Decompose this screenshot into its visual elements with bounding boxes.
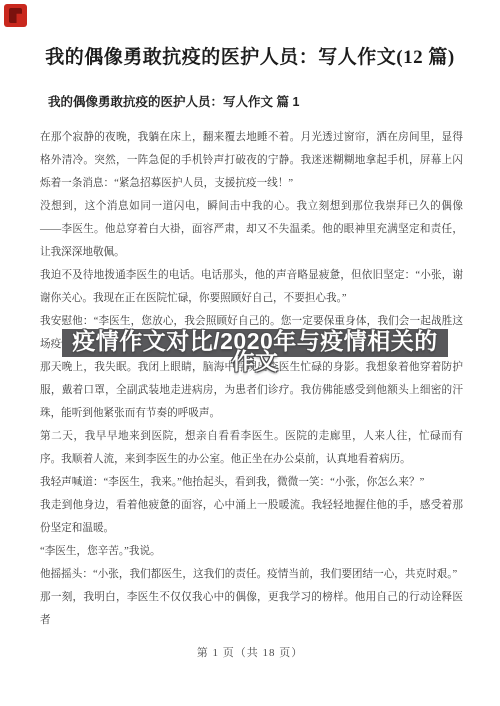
paragraph: 那一刻，我明白，李医生不仅仅我心中的偶像，更我学习的榜样。他用自己的行动诠释医者 xyxy=(40,586,463,632)
paragraph: 第二天，我早早地来到医院，想亲自看看李医生。医院的走廊里，人来人往，忙碌而有序。… xyxy=(40,425,463,471)
document-page: 我的偶像勇敢抗疫的医护人员：写人作文(12 篇) 我的偶像勇敢抗疫的医护人员：写… xyxy=(0,0,500,706)
paragraph: “李医生，您辛苦。”我说。 xyxy=(40,540,463,563)
paragraph: 他摇摇头：“小张，我们都医生，这我们的责任。疫情当前，我们要团结一心，共克时艰。… xyxy=(40,563,463,586)
paragraph: 我走到他身边，看着他疲惫的面容，心中涌上一股暖流。我轻轻地握住他的手，感受着那份… xyxy=(40,494,463,540)
banner-text-line2: 作文 xyxy=(62,351,448,371)
promo-banner[interactable]: 疫情作文对比/2020年与疫情相关的 作文 xyxy=(62,329,448,357)
page-number: 第 1 页（共 18 页） xyxy=(0,644,500,660)
section-heading: 我的偶像勇敢抗疫的医护人员：写人作文 篇 1 xyxy=(48,92,460,110)
paragraph: 我轻声喊道：“李医生，我来。”他抬起头，看到我，微微一笑：“小张，你怎么来？” xyxy=(40,471,463,494)
essay-body: 在那个寂静的夜晚，我躺在床上，翻来覆去地睡不着。月光透过窗帘，洒在房间里，显得格… xyxy=(40,126,463,632)
red-logo-icon xyxy=(4,4,27,27)
paragraph: 没想到，这个消息如同一道闪电，瞬间击中我的心。我立刻想到那位我崇拜已久的偶像——… xyxy=(40,195,463,264)
page-title: 我的偶像勇敢抗疫的医护人员：写人作文(12 篇) xyxy=(0,42,500,69)
paragraph: 在那个寂静的夜晚，我躺在床上，翻来覆去地睡不着。月光透过窗帘，洒在房间里，显得格… xyxy=(40,126,463,195)
paragraph: 我迫不及待地拨通李医生的电话。电话那头，他的声音略显疲惫，但依旧坚定：“小张，谢… xyxy=(40,264,463,310)
